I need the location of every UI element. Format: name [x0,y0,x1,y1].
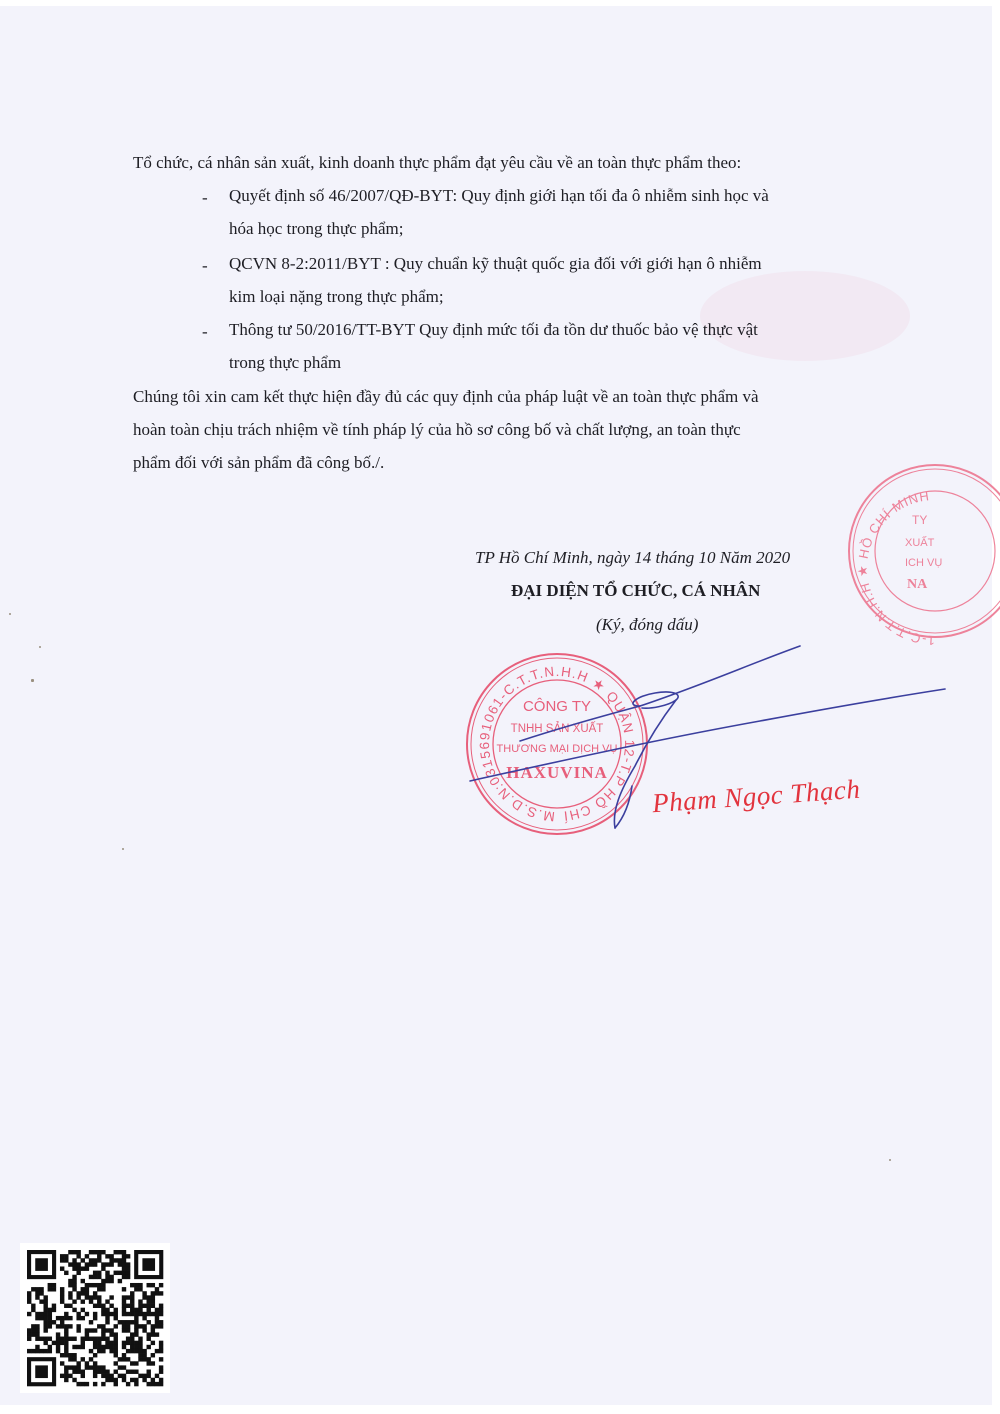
svg-text:CÔNG TY: CÔNG TY [523,698,591,715]
scan-speck [39,646,41,648]
svg-text:XUẤT: XUẤT [905,536,935,549]
scan-speck [122,848,124,850]
svg-text:TNHH SẢN XUẤT: TNHH SẢN XUẤT [511,722,604,735]
company-stamp: M.S.D.N:0315691061-C.T.T.N.H.H ★ QUẬN 12… [0,0,647,834]
scan-speck [9,613,11,615]
document-page: Tổ chức, cá nhân sản xuất, kinh doanh th… [0,6,992,1405]
scan-speck [31,679,34,682]
scan-speck [889,1159,891,1161]
svg-text:TY: TY [912,513,927,527]
qr-code-icon [20,1243,170,1393]
svg-text:ICH VỤ: ICH VỤ [905,557,942,569]
svg-text:NA: NA [907,577,928,592]
svg-text:HAXUVINA: HAXUVINA [506,763,608,782]
stamp-and-signature-layer: 1-C.T.T.N.H.H ★ HỒ CHÍ MINH TY XUẤT ICH … [0,6,992,1405]
partial-company-stamp: 1-C.T.T.N.H.H ★ HỒ CHÍ MINH TY XUẤT ICH … [849,465,1000,648]
